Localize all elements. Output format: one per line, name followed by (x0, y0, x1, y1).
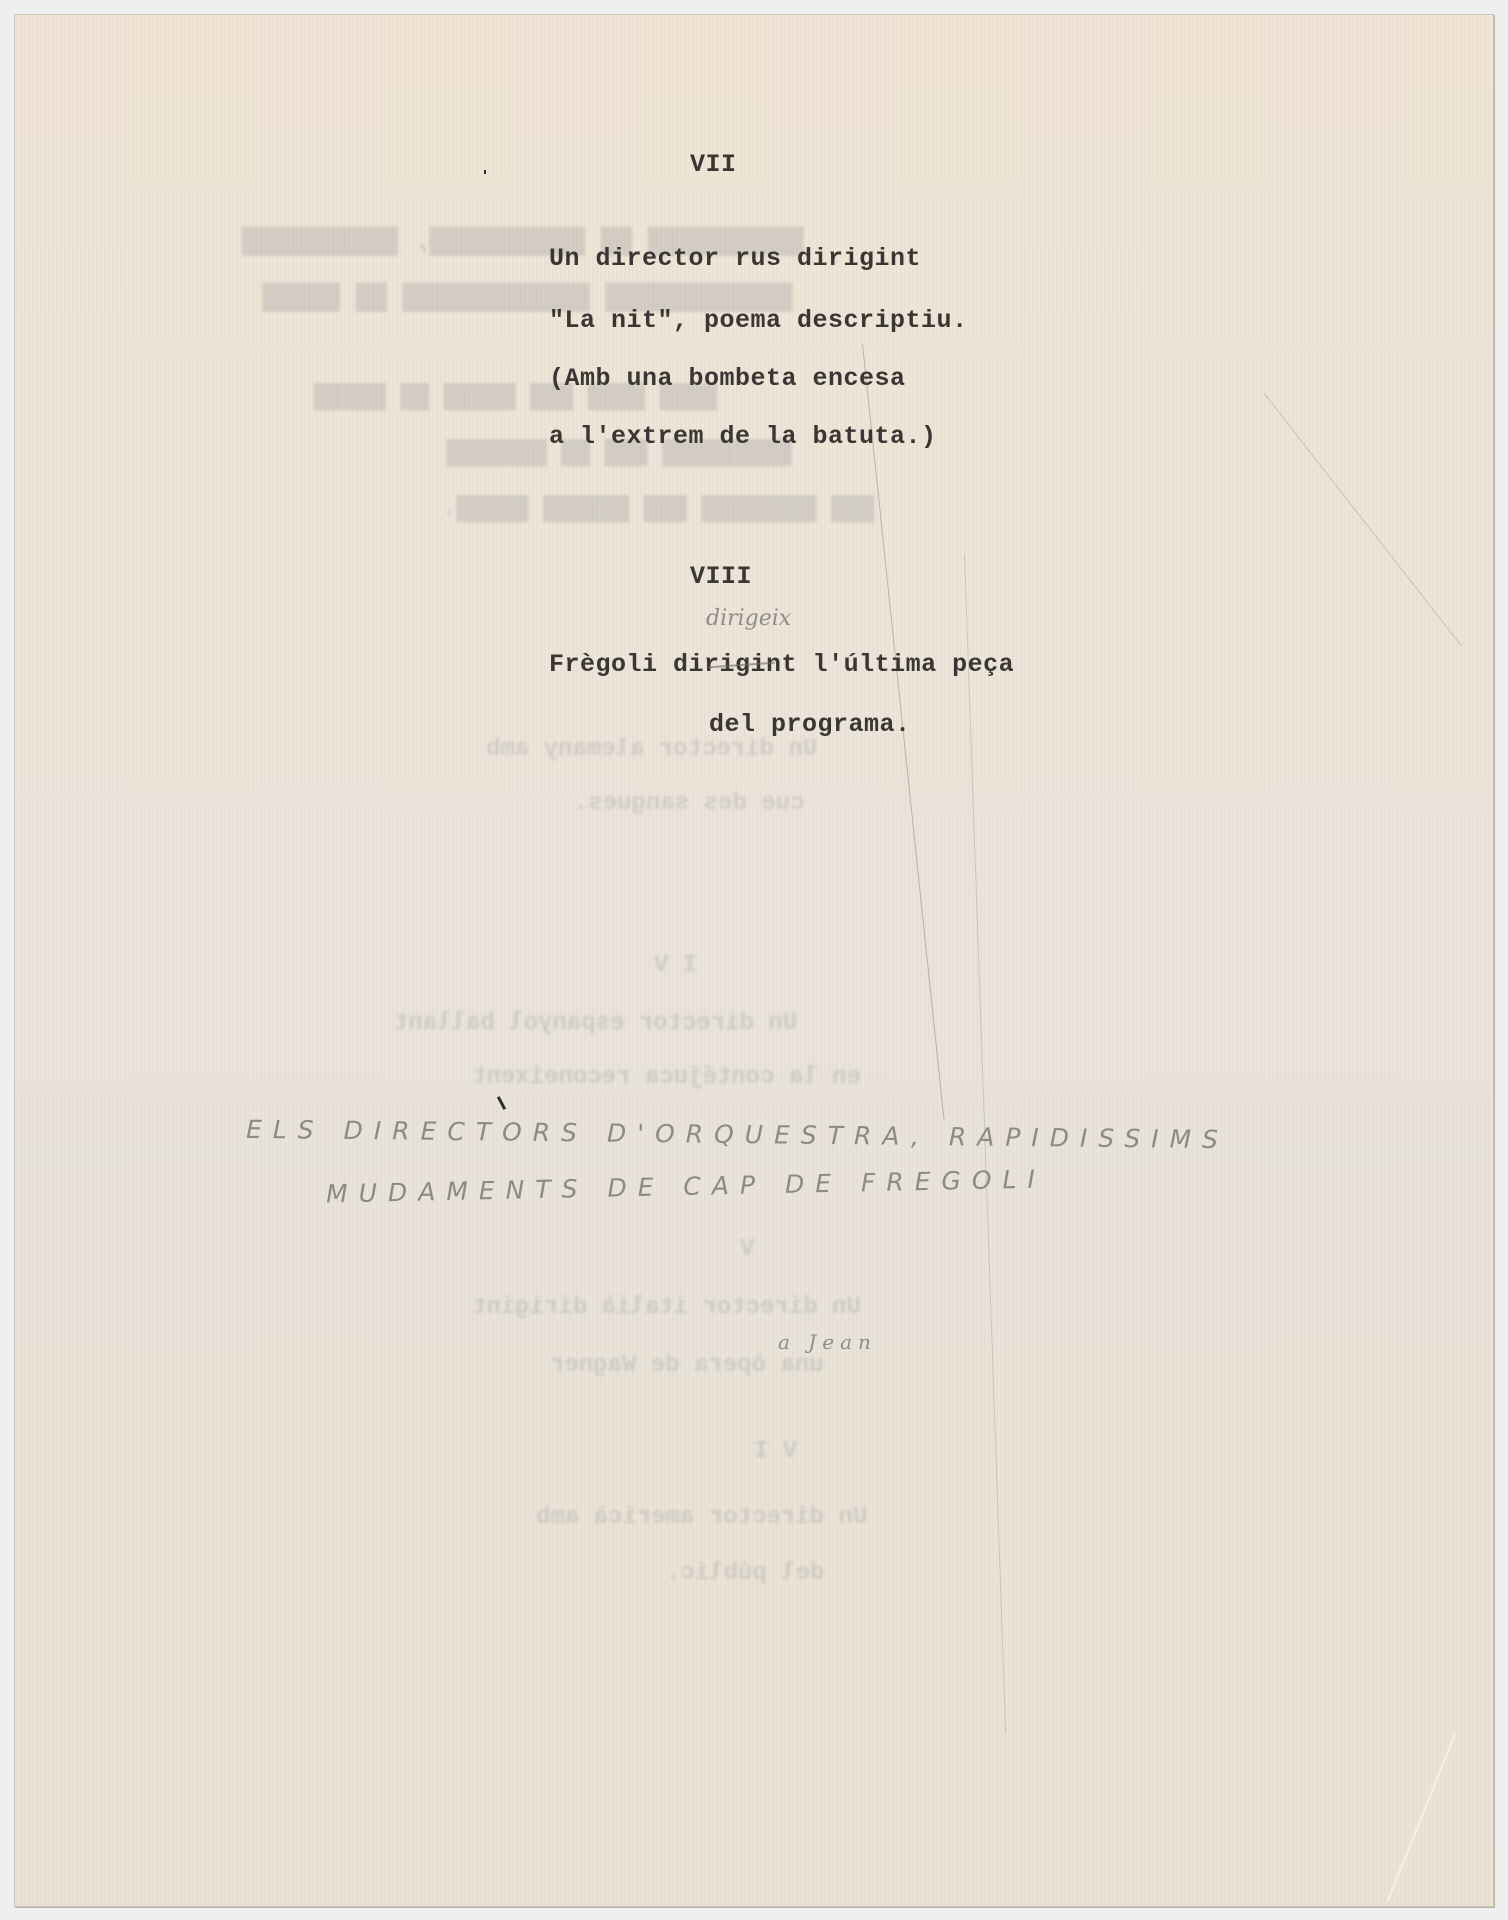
bleed-through-line: Un director alemany amb (486, 738, 817, 762)
section-vii-line: (Amb una bombeta encesa (549, 366, 906, 391)
section-viii-line: del programa. (709, 712, 911, 737)
bleed-through-line: Un director italià dirigint (472, 1296, 861, 1320)
handwritten-marginal: a Jean (778, 1332, 877, 1352)
scanned-page: ██████████ ██ ██████████, ██████████ ███… (14, 14, 1494, 1907)
bleed-through-line: del públic. (666, 1562, 824, 1586)
bleed-through-line: cue des sangues. (574, 792, 804, 816)
paper-crease (1264, 393, 1462, 646)
bleed-through-line: en la contéjuca reconeixent (472, 1066, 861, 1090)
ink-mark (497, 1096, 506, 1110)
bleed-through-line: una òpera de Wagner (550, 1354, 824, 1378)
section-viii-line: Frègoli dirigint l'última peça (549, 652, 1014, 677)
typed-text: l'última peça (797, 650, 1014, 679)
paper-crease (1387, 1734, 1456, 1902)
section-numeral-viii: VIII (690, 564, 752, 589)
section-numeral-vii: VII (690, 152, 737, 177)
handwritten-note-line: ELS DIRECTORS D'ORQUESTRA, RAPIDISSIMS (246, 1117, 1229, 1152)
struck-word: dirigint (673, 650, 797, 679)
handwritten-note-line: MUDAMENTS DE CAP DE FREGOLI (326, 1166, 1046, 1206)
bleed-through-numeral: V (740, 1238, 754, 1262)
bleed-through-numeral: V I (754, 1440, 797, 1464)
section-vii-line: a l'extrem de la batuta.) (549, 424, 937, 449)
bleed-through-line: Un director americà amb (536, 1506, 867, 1530)
section-vii-line: Un director rus dirigint (549, 246, 921, 271)
handwritten-correction: dirigeix (706, 608, 791, 630)
bleed-through-line: Un director espanyol ballant (394, 1012, 797, 1036)
typed-text: Frègoli (549, 650, 673, 679)
bleed-through-numeral: I V (654, 954, 697, 978)
section-vii-line: "La nit", poema descriptiu. (549, 308, 968, 333)
ink-mark (484, 170, 486, 174)
bleed-through-text: ███ ████████ ███ ██████ █████. (442, 498, 874, 522)
